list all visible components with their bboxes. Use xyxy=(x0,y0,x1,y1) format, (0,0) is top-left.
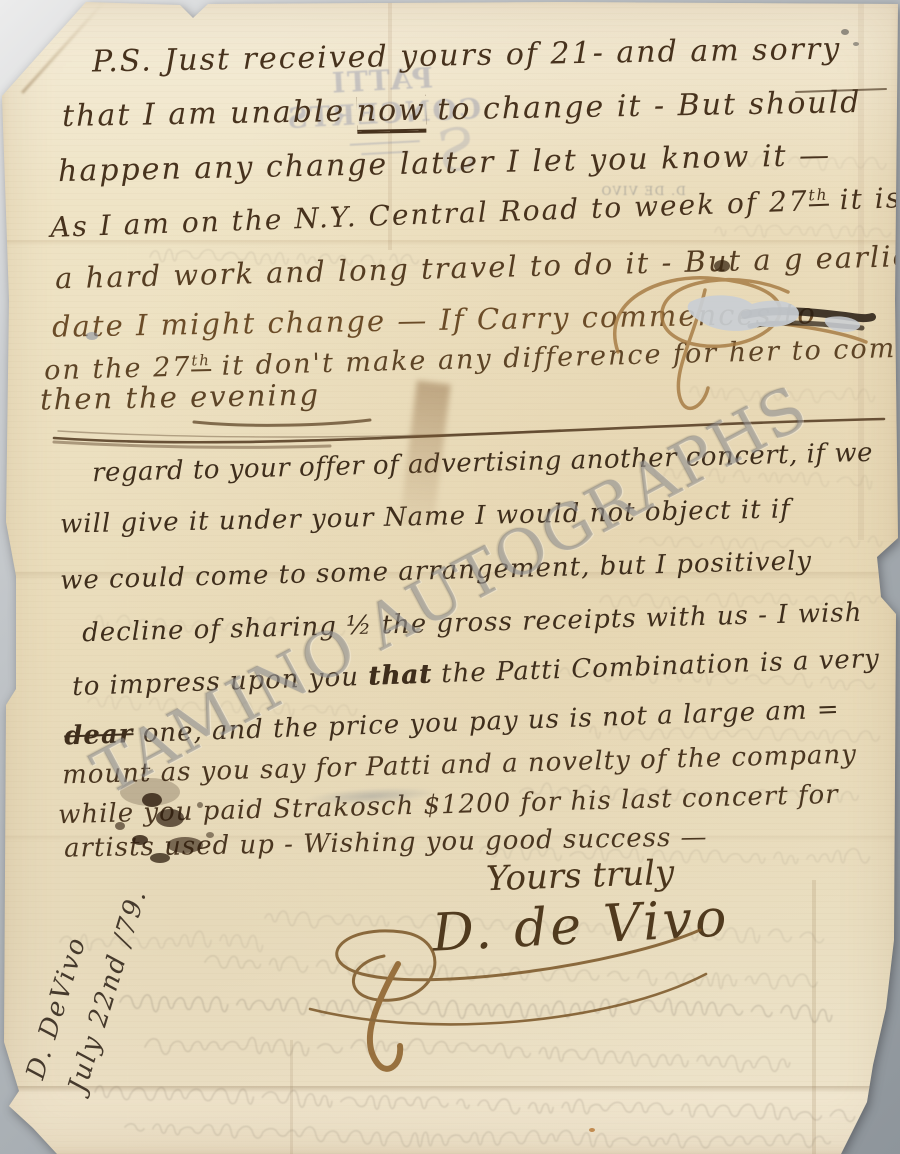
ps-line-4-post: it is xyxy=(828,181,900,217)
evening-dash xyxy=(194,420,370,425)
paper-sheet: PATTI CONCERTS S D. DE VIVO P.S. Just re… xyxy=(0,0,900,1154)
ps-line-2-post: to change it - But should xyxy=(425,85,861,128)
body-line-5-post: the Patti Combination is a very xyxy=(431,644,880,690)
ps-line-2-underlined-word: now xyxy=(356,93,426,132)
ps-line-6: date I might change — If Carry commences… xyxy=(52,296,817,343)
ps-line-4-pre: As I am on the N.Y. Central Road to week… xyxy=(50,184,810,243)
fold-crease-vertical-right xyxy=(812,880,816,1154)
fold-crease-vertical-bottomleft xyxy=(290,1040,293,1154)
ps-line-2: that I am unable now to change it - But … xyxy=(62,85,862,134)
ps-line-4-sup: th xyxy=(808,185,829,206)
ps-line-8: then the evening xyxy=(40,378,321,417)
signature: D. de Vivo xyxy=(431,888,731,963)
ps-line-7-sup: th xyxy=(191,351,211,372)
ps-line-5: a hard work and long travel to do it - B… xyxy=(55,239,900,296)
ps-line-2-pre: that I am unable xyxy=(62,94,357,134)
ps-line-7-post: it don't make any difference for her to … xyxy=(211,333,900,382)
paper-wrapper: PATTI CONCERTS S D. DE VIVO P.S. Just re… xyxy=(0,0,900,1154)
letter-scan: PATTI CONCERTS S D. DE VIVO P.S. Just re… xyxy=(0,0,900,1154)
margin-annotation: D. DeVivo July 22nd /79. xyxy=(14,870,160,1098)
ps-line-4: As I am on the N.Y. Central Road to week… xyxy=(50,181,900,244)
fold-crease-bottom xyxy=(0,1086,900,1154)
ps-line-1: P.S. Just received yours of 21- and am s… xyxy=(92,31,842,79)
bleedthrough-stamp-rule xyxy=(350,140,420,146)
